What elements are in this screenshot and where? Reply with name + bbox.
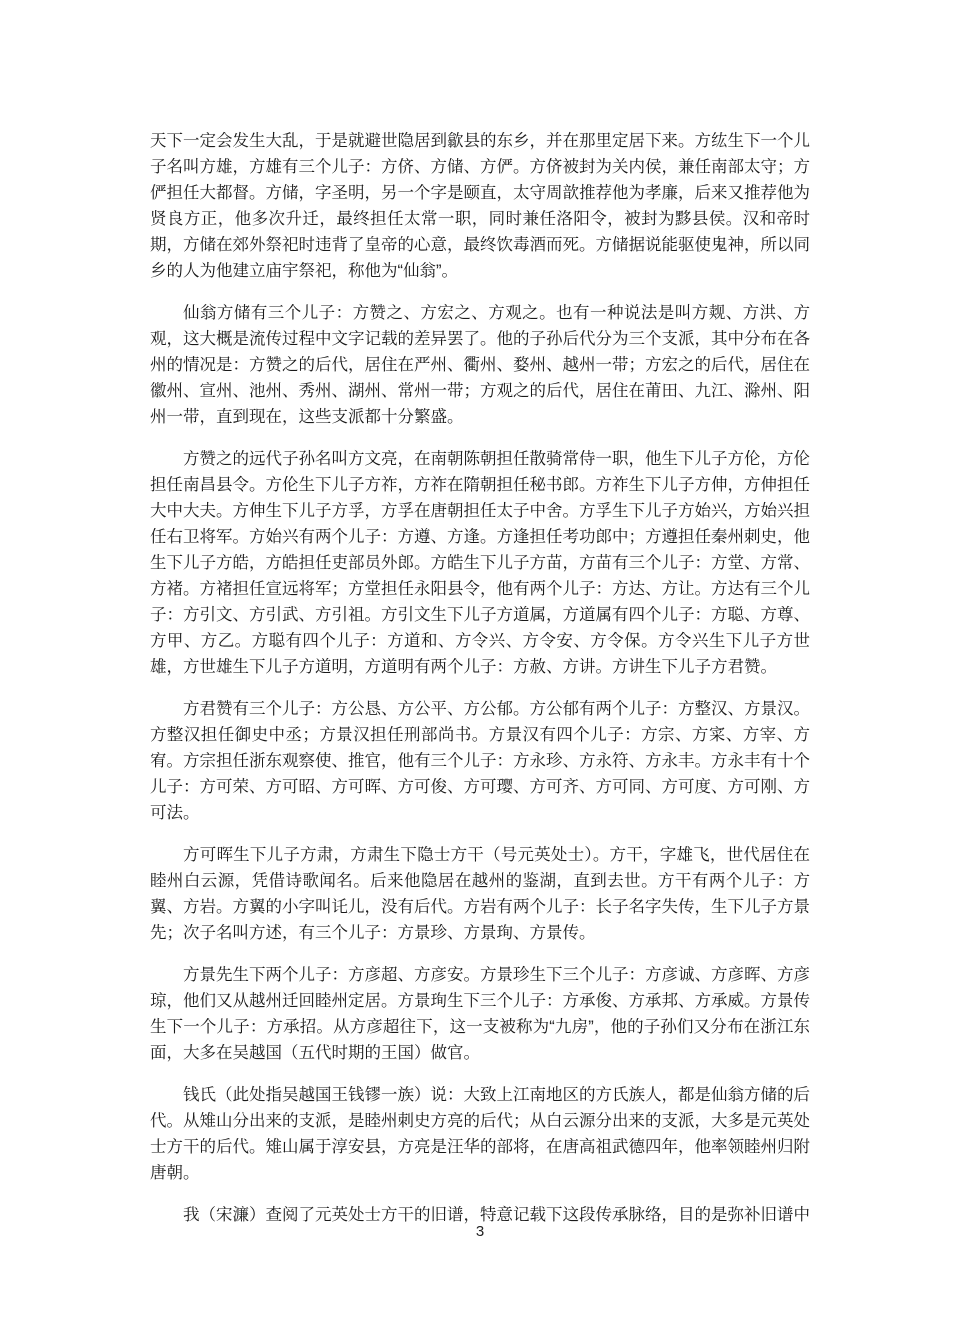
paragraph-continuation: 天下一定会发生大乱，于是就避世隐居到歙县的东乡，并在那里定居下来。方纮生下一个儿…: [150, 128, 810, 284]
paragraph: 方景先生下两个儿子：方彦超、方彦安。方景珍生下三个儿子：方彦诚、方彦晖、方彦琼，…: [150, 962, 810, 1066]
document-body-text: 天下一定会发生大乱，于是就避世隐居到歙县的东乡，并在那里定居下来。方纮生下一个儿…: [150, 128, 810, 1244]
paragraph: 方君赞有三个儿子：方公恳、方公平、方公郁。方公郁有两个儿子：方整汉、方景汉。方整…: [150, 696, 810, 826]
paragraph: 钱氏（此处指吴越国王钱镠一族）说：大致上江南地区的方氏族人，都是仙翁方储的后代。…: [150, 1082, 810, 1186]
paragraph: 仙翁方储有三个儿子：方赞之、方宏之、方观之。也有一种说法是叫方觌、方洪、方观，这…: [150, 300, 810, 430]
paragraph: 方可晖生下儿子方肃，方肃生下隐士方干（号元英处士）。方干，字雄飞，世代居住在睦州…: [150, 842, 810, 946]
document-page: 天下一定会发生大乱，于是就避世隐居到歙县的东乡，并在那里定居下来。方纮生下一个儿…: [0, 0, 960, 1342]
page-number: 3: [0, 1222, 960, 1242]
paragraph: 方赞之的远代子孙名叫方文亮，在南朝陈朝担任散骑常侍一职，他生下儿子方伦，方伦担任…: [150, 446, 810, 680]
